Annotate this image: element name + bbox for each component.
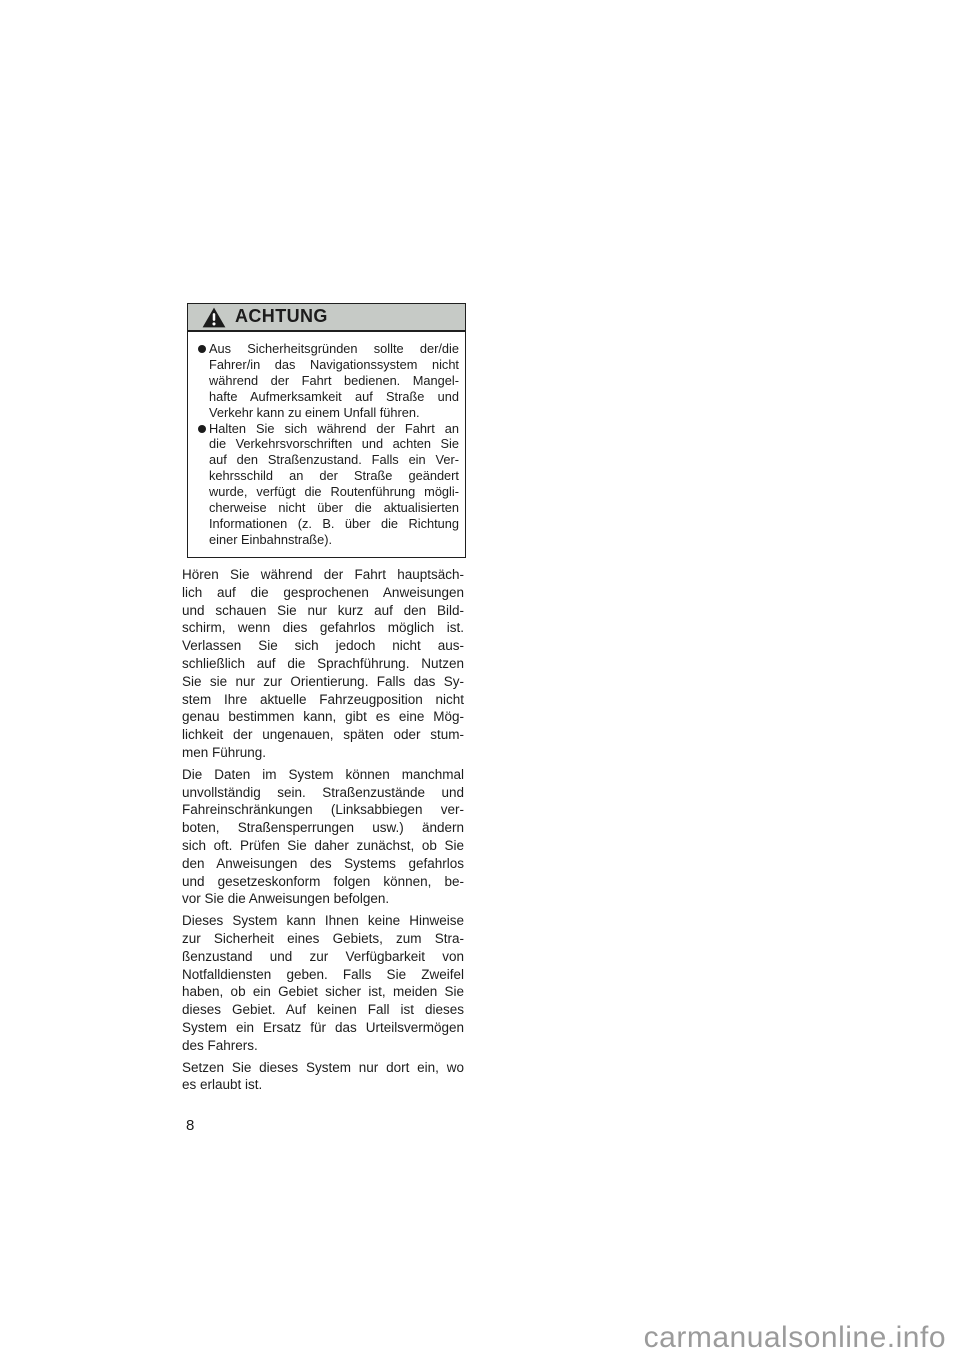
- warning-list-item: Halten Sie sich während der Fahrt andie …: [198, 421, 459, 548]
- manual-page: ACHTUNG Aus Sicherheitsgründen sollte de…: [0, 0, 960, 1358]
- text-line: Hören Sie während der Fahrt hauptsäch-: [182, 566, 464, 584]
- warning-list: Aus Sicherheitsgründen sollte der/dieFah…: [188, 332, 465, 557]
- warning-box: ACHTUNG Aus Sicherheitsgründen sollte de…: [187, 303, 466, 558]
- warning-triangle-icon: [202, 307, 226, 328]
- paragraph: Die Daten im System können manchmalunvol…: [182, 766, 464, 908]
- text-line: und gesetzeskonform folgen können, be-: [182, 873, 464, 891]
- text-line: Setzen Sie dieses System nur dort ein, w…: [182, 1059, 464, 1077]
- body-text: Hören Sie während der Fahrt hauptsäch-li…: [182, 566, 464, 1098]
- text-line: cherweise nicht über die aktualisierten: [209, 500, 459, 516]
- text-line: boten, Straßensperrungen usw.) ändern: [182, 819, 464, 837]
- page-number: 8: [186, 1117, 194, 1134]
- text-line: Notfalldiensten geben. Falls Sie Zweifel: [182, 966, 464, 984]
- bullet-icon: [198, 345, 206, 353]
- text-line: Verlassen Sie sich jedoch nicht aus-: [182, 637, 464, 655]
- warning-title: ACHTUNG: [235, 306, 328, 327]
- text-line: die Verkehrsvorschriften und achten Sie: [209, 436, 459, 452]
- watermark: carmanualsonline.info: [644, 1321, 946, 1355]
- text-line: men Führung.: [182, 744, 464, 762]
- text-line: Fahreinschränkungen (Linksabbiegen ver-: [182, 801, 464, 819]
- warning-header: ACHTUNG: [188, 304, 465, 332]
- text-line: den Anweisungen des Systems gefahrlos: [182, 855, 464, 873]
- text-line: Dieses System kann Ihnen keine Hinweise: [182, 912, 464, 930]
- text-line: stem Ihre aktuelle Fahrzeugposition nich…: [182, 691, 464, 709]
- text-line: des Fahrers.: [182, 1037, 464, 1055]
- text-line: kehrsschild an der Straße geändert: [209, 468, 459, 484]
- text-line: einer Einbahnstraße).: [209, 532, 459, 548]
- text-line: ßenzustand und zur Verfügbarkeit von: [182, 948, 464, 966]
- text-line: lich auf die gesprochenen Anweisungen: [182, 584, 464, 602]
- text-line: und schauen Sie nur kurz auf den Bild-: [182, 602, 464, 620]
- text-line: auf den Straßenzustand. Falls ein Ver-: [209, 452, 459, 468]
- text-line: zur Sicherheit eines Gebiets, zum Stra-: [182, 930, 464, 948]
- text-line: es erlaubt ist.: [182, 1076, 464, 1094]
- text-line: Informationen (z. B. über die Richtung: [209, 516, 459, 532]
- text-line: wurde, verfügt die Routenführung mögli-: [209, 484, 459, 500]
- text-line: Die Daten im System können manchmal: [182, 766, 464, 784]
- text-line: Sie sie nur zur Orientierung. Falls das …: [182, 673, 464, 691]
- paragraph: Hören Sie während der Fahrt hauptsäch-li…: [182, 566, 464, 762]
- text-line: schirm, wenn dies gefahrlos möglich ist.: [182, 619, 464, 637]
- text-line: haben, ob ein Gebiet sicher ist, meiden …: [182, 983, 464, 1001]
- text-line: schließlich auf die Sprachführung. Nutze…: [182, 655, 464, 673]
- bullet-icon: [198, 425, 206, 433]
- text-line: lichkeit der ungenauen, späten oder stum…: [182, 726, 464, 744]
- text-line: genau bestimmen kann, gibt es eine Mög-: [182, 708, 464, 726]
- warning-list-item: Aus Sicherheitsgründen sollte der/dieFah…: [198, 341, 459, 421]
- text-line: vor Sie die Anweisungen befolgen.: [182, 890, 464, 908]
- text-line: Halten Sie sich während der Fahrt an: [209, 421, 459, 437]
- text-line: sich oft. Prüfen Sie daher zunächst, ob …: [182, 837, 464, 855]
- text-line: hafte Aufmerksamkeit auf Straße und: [209, 389, 459, 405]
- text-line: unvollständig sein. Straßenzustände und: [182, 784, 464, 802]
- paragraph: Dieses System kann Ihnen keine Hinweisez…: [182, 912, 464, 1054]
- paragraph: Setzen Sie dieses System nur dort ein, w…: [182, 1059, 464, 1095]
- text-line: Aus Sicherheitsgründen sollte der/die: [209, 341, 459, 357]
- text-line: System ein Ersatz für das Urteilsvermöge…: [182, 1019, 464, 1037]
- text-line: dieses Gebiet. Auf keinen Fall ist diese…: [182, 1001, 464, 1019]
- text-line: während der Fahrt bedienen. Mangel-: [209, 373, 459, 389]
- text-line: Verkehr kann zu einem Unfall führen.: [209, 405, 459, 421]
- text-line: Fahrer/in das Navigationssystem nicht: [209, 357, 459, 373]
